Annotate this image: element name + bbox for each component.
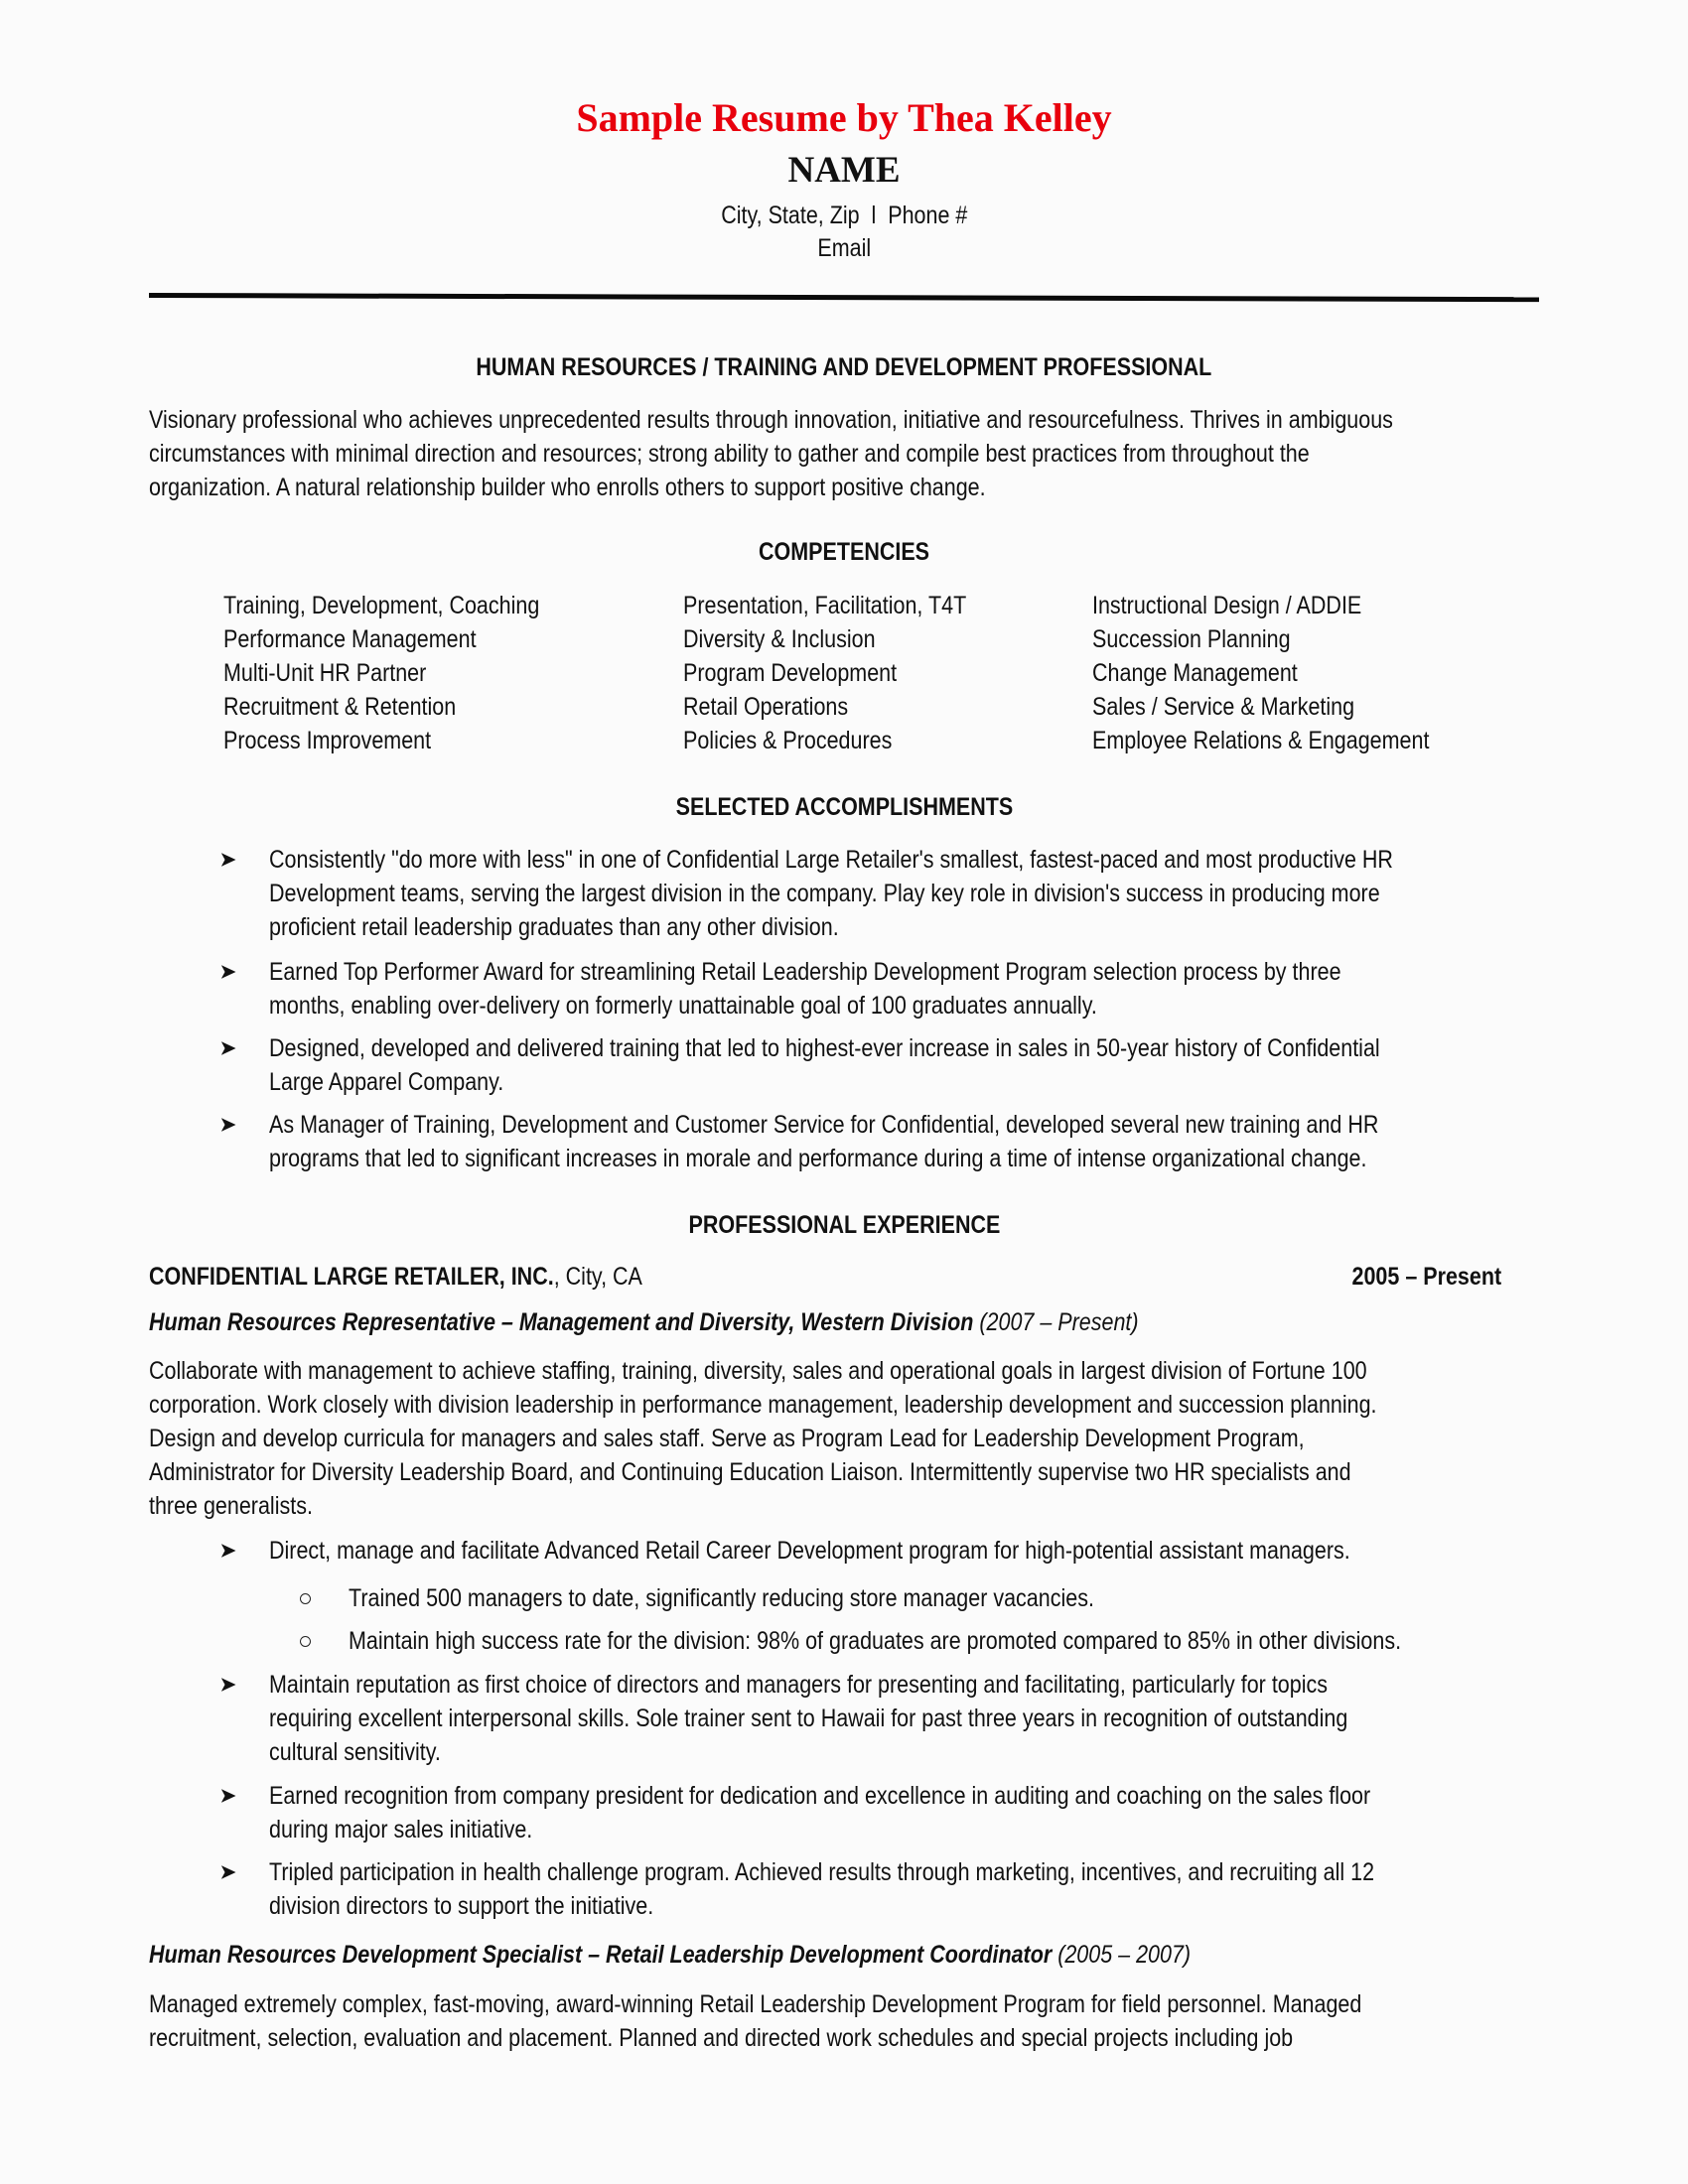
accomplishment-line: proficient retail leadership graduates t…: [269, 910, 1576, 944]
sub-bullet: Trained 500 managers to date, significan…: [349, 1581, 1573, 1615]
description-line-text: Design and develop curricula for manager…: [149, 1422, 1305, 1455]
accomplishment-line-text: Development teams, serving the largest d…: [269, 877, 1380, 910]
competency-item-text: Change Management: [1092, 656, 1298, 690]
competency-item-text: Employee Relations & Engagement: [1092, 724, 1429, 757]
accomplishment-item: Designed, developed and delivered traini…: [269, 1031, 1561, 1099]
competency-item: Change Management: [1092, 656, 1484, 690]
description-line-text: Administrator for Diversity Leadership B…: [149, 1455, 1351, 1489]
email-line: Email: [0, 231, 1688, 265]
email-text: Email: [817, 231, 871, 265]
bullet-line: Direct, manage and facilitate Advanced R…: [269, 1534, 1526, 1568]
experience-bullet: Tripled participation in health challeng…: [269, 1855, 1554, 1923]
arrowhead-bullet-icon: [221, 1668, 237, 1702]
bullet-line-text: cultural sensitivity.: [269, 1735, 441, 1769]
accomplishment-item: As Manager of Training, Development and …: [269, 1108, 1559, 1175]
bullet-line: division directors to support the initia…: [269, 1889, 1554, 1923]
competency-item: Training, Development, Coaching: [223, 589, 591, 622]
summary-line-text: organization. A natural relationship bui…: [149, 471, 986, 504]
description-line-text: recruitment, selection, evaluation and p…: [149, 2021, 1293, 2055]
accomplishments-heading: SELECTED ACCOMPLISHMENTS: [0, 790, 1688, 824]
circle-bullet-icon: [300, 1593, 311, 1604]
competency-item: Employee Relations & Engagement: [1092, 724, 1484, 757]
arrowhead-bullet-icon: [221, 955, 237, 989]
description-line: Administrator for Diversity Leadership B…: [149, 1455, 1539, 1489]
accomplishment-line-text: Large Apparel Company.: [269, 1065, 503, 1099]
competency-item-text: Recruitment & Retention: [223, 690, 456, 724]
arrowhead-bullet-icon: [221, 1108, 237, 1142]
summary-line: Visionary professional who achieves unpr…: [149, 403, 1539, 437]
accomplishment-line-text: Earned Top Performer Award for streamlin…: [269, 955, 1341, 989]
description-line-text: Collaborate with management to achieve s…: [149, 1354, 1367, 1388]
competency-item-text: Policies & Procedures: [683, 724, 892, 757]
accomplishment-bullet: Earned Top Performer Award for streamlin…: [269, 955, 1515, 1023]
role-1-bullet: Maintain reputation as first choice of d…: [269, 1668, 1523, 1769]
role-2-description: Managed extremely complex, fast-moving, …: [149, 1987, 1539, 2055]
role-1-sub-bullets: Trained 500 managers to date, significan…: [349, 1581, 1573, 1667]
bullet-line-text: during major sales initiative.: [269, 1813, 532, 1846]
arrowhead-bullet-icon: [221, 843, 237, 877]
competencies-heading-text: COMPETENCIES: [759, 535, 929, 569]
accomplishment-line-text: months, enabling over-delivery on former…: [269, 989, 1097, 1023]
role-1-bullet: Tripled participation in health challeng…: [269, 1855, 1554, 1923]
bullet-line-text: Direct, manage and facilitate Advanced R…: [269, 1534, 1350, 1568]
role-2-title: Human Resources Development Specialist –…: [149, 1941, 1052, 1969]
bullet-line-text: Maintain reputation as first choice of d…: [269, 1668, 1328, 1702]
competency-item-text: Training, Development, Coaching: [223, 589, 539, 622]
sub-bullet-line-text: Maintain high success rate for the divis…: [349, 1624, 1401, 1658]
description-line: corporation. Work closely with division …: [149, 1388, 1539, 1422]
role-1-title: Human Resources Representative – Managem…: [149, 1308, 973, 1336]
competency-column-1: Training, Development, CoachingPerforman…: [223, 589, 591, 757]
competency-item: Multi-Unit HR Partner: [223, 656, 591, 690]
description-line: Design and develop curricula for manager…: [149, 1422, 1539, 1455]
experience-heading: PROFESSIONAL EXPERIENCE: [0, 1208, 1688, 1242]
candidate-name: NAME: [0, 149, 1688, 193]
resume-title: Sample Resume by Thea Kelley: [0, 94, 1688, 142]
arrowhead-bullet-icon: [221, 1779, 237, 1813]
arrowhead-bullet-icon: [221, 1855, 237, 1889]
description-line-text: Managed extremely complex, fast-moving, …: [149, 1987, 1361, 2021]
summary-line-text: Visionary professional who achieves unpr…: [149, 403, 1393, 437]
bullet-line-text: division directors to support the initia…: [269, 1889, 653, 1923]
experience-bullet: Maintain reputation as first choice of d…: [269, 1668, 1523, 1769]
sub-bullet-line: Maintain high success rate for the divis…: [349, 1624, 1573, 1658]
accomplishments-heading-text: SELECTED ACCOMPLISHMENTS: [675, 790, 1013, 824]
bullet-line: requiring excellent interpersonal skills…: [269, 1702, 1523, 1735]
accomplishment-line: months, enabling over-delivery on former…: [269, 989, 1515, 1023]
accomplishment-line-text: proficient retail leadership graduates t…: [269, 910, 839, 944]
bullet-line: cultural sensitivity.: [269, 1735, 1523, 1769]
accomplishment-line-text: Consistently "do more with less" in one …: [269, 843, 1393, 877]
accomplishment-line: Consistently "do more with less" in one …: [269, 843, 1576, 877]
sub-bullet: Maintain high success rate for the divis…: [349, 1624, 1573, 1658]
sub-bullet-line-text: Trained 500 managers to date, significan…: [349, 1581, 1094, 1615]
accomplishment-line-text: programs that led to significant increas…: [269, 1142, 1366, 1175]
accomplishment-line: programs that led to significant increas…: [269, 1142, 1559, 1175]
accomplishment-line-text: As Manager of Training, Development and …: [269, 1108, 1378, 1142]
description-line-text: three generalists.: [149, 1489, 313, 1523]
accomplishment-line: Earned Top Performer Award for streamlin…: [269, 955, 1515, 989]
bullet-line-text: Earned recognition from company presiden…: [269, 1779, 1370, 1813]
description-line: three generalists.: [149, 1489, 1539, 1523]
bullet-line: Maintain reputation as first choice of d…: [269, 1668, 1523, 1702]
summary-line: circumstances with minimal direction and…: [149, 437, 1539, 471]
competency-item-text: Multi-Unit HR Partner: [223, 656, 426, 690]
header-divider: [149, 293, 1539, 302]
competency-item-text: Presentation, Facilitation, T4T: [683, 589, 966, 622]
company-dates-line: 2005 – Present: [993, 1260, 1501, 1294]
headline: HUMAN RESOURCES / TRAINING AND DEVELOPME…: [0, 350, 1688, 384]
competency-item-text: Sales / Service & Marketing: [1092, 690, 1354, 724]
role-1-bullet: Earned recognition from company presiden…: [269, 1779, 1550, 1846]
competency-column-3: Instructional Design / ADDIESuccession P…: [1092, 589, 1484, 757]
competency-item-text: Program Development: [683, 656, 897, 690]
accomplishment-item: Earned Top Performer Award for streamlin…: [269, 955, 1515, 1023]
bullet-line: during major sales initiative.: [269, 1813, 1550, 1846]
accomplishment-line: Development teams, serving the largest d…: [269, 877, 1576, 910]
accomplishment-line-text: Designed, developed and delivered traini…: [269, 1031, 1380, 1065]
description-line: recruitment, selection, evaluation and p…: [149, 2021, 1539, 2055]
contact-text: City, State, Zip l Phone #: [721, 199, 967, 232]
role-1-dates: (2007 – Present): [973, 1308, 1138, 1336]
bullet-line-text: Tripled participation in health challeng…: [269, 1855, 1374, 1889]
competency-item: Retail Operations: [683, 690, 1013, 724]
role-1-description: Collaborate with management to achieve s…: [149, 1354, 1539, 1523]
competency-item: Policies & Procedures: [683, 724, 1013, 757]
competency-item-text: Retail Operations: [683, 690, 848, 724]
competencies-heading: COMPETENCIES: [0, 535, 1688, 569]
role-1-bullet: Direct, manage and facilitate Advanced R…: [269, 1534, 1526, 1568]
competency-item: Presentation, Facilitation, T4T: [683, 589, 1013, 622]
accomplishment-line: As Manager of Training, Development and …: [269, 1108, 1559, 1142]
company-name: CONFIDENTIAL LARGE RETAILER, INC.: [149, 1263, 554, 1291]
role-2-title-line: Human Resources Development Specialist –…: [149, 1938, 1539, 1972]
accomplishment-line: Large Apparel Company.: [269, 1065, 1561, 1099]
accomplishment-item: Consistently "do more with less" in one …: [269, 843, 1576, 944]
experience-bullet: Earned recognition from company presiden…: [269, 1779, 1550, 1846]
competency-item: Instructional Design / ADDIE: [1092, 589, 1484, 622]
role-1-title-line: Human Resources Representative – Managem…: [149, 1305, 1539, 1339]
contact-line: City, State, Zip l Phone #: [0, 199, 1688, 232]
company-dates: 2005 – Present: [1351, 1260, 1501, 1294]
arrowhead-bullet-icon: [221, 1534, 237, 1568]
competency-item: Sales / Service & Marketing: [1092, 690, 1484, 724]
competency-item-text: Process Improvement: [223, 724, 431, 757]
headline-text: HUMAN RESOURCES / TRAINING AND DEVELOPME…: [477, 350, 1212, 384]
competency-item: Program Development: [683, 656, 1013, 690]
competency-item-text: Diversity & Inclusion: [683, 622, 876, 656]
bullet-line-text: requiring excellent interpersonal skills…: [269, 1702, 1347, 1735]
experience-bullet: Direct, manage and facilitate Advanced R…: [269, 1534, 1526, 1568]
summary-line-text: circumstances with minimal direction and…: [149, 437, 1310, 471]
accomplishment-bullet: Consistently "do more with less" in one …: [269, 843, 1576, 944]
summary-line: organization. A natural relationship bui…: [149, 471, 1539, 504]
competency-item-text: Performance Management: [223, 622, 477, 656]
circle-bullet-icon: [300, 1636, 311, 1647]
competency-item-text: Succession Planning: [1092, 622, 1291, 656]
accomplishment-bullet: As Manager of Training, Development and …: [269, 1108, 1559, 1175]
description-line: Managed extremely complex, fast-moving, …: [149, 1987, 1539, 2021]
competency-item: Recruitment & Retention: [223, 690, 591, 724]
description-line-text: corporation. Work closely with division …: [149, 1388, 1377, 1422]
competency-item: Performance Management: [223, 622, 591, 656]
competency-item: Diversity & Inclusion: [683, 622, 1013, 656]
competency-item: Process Improvement: [223, 724, 591, 757]
sub-bullet-line: Trained 500 managers to date, significan…: [349, 1581, 1573, 1615]
experience-heading-text: PROFESSIONAL EXPERIENCE: [688, 1208, 1000, 1242]
bullet-line: Earned recognition from company presiden…: [269, 1779, 1550, 1813]
description-line: Collaborate with management to achieve s…: [149, 1354, 1539, 1388]
role-2-dates: (2005 – 2007): [1052, 1941, 1191, 1969]
accomplishment-bullet: Designed, developed and delivered traini…: [269, 1031, 1561, 1099]
competency-item: Succession Planning: [1092, 622, 1484, 656]
arrowhead-bullet-icon: [221, 1031, 237, 1065]
bullet-line: Tripled participation in health challeng…: [269, 1855, 1554, 1889]
competency-column-2: Presentation, Facilitation, T4TDiversity…: [683, 589, 1013, 757]
company-location: , City, CA: [554, 1263, 642, 1291]
summary: Visionary professional who achieves unpr…: [149, 403, 1539, 504]
competency-item-text: Instructional Design / ADDIE: [1092, 589, 1361, 622]
accomplishment-line: Designed, developed and delivered traini…: [269, 1031, 1561, 1065]
